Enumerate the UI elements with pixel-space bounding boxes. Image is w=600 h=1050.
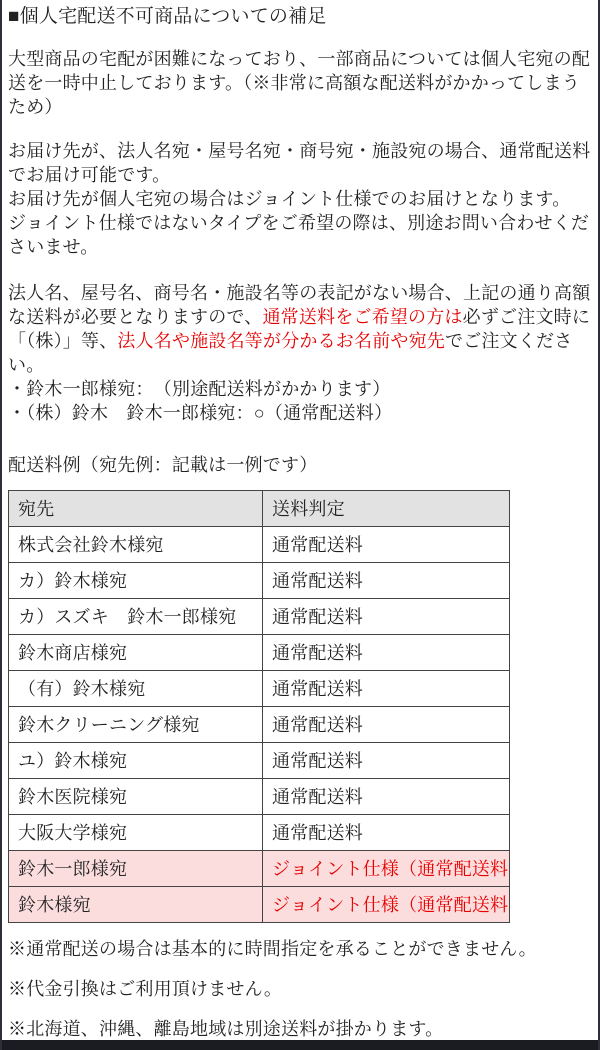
note-time-designation: ※通常配送の場合は基本的に時間指定を承ることができません。 (8, 937, 592, 961)
address-example-ok: ・（株）鈴木 鈴木一郎様宛：○（通常配送料） (8, 401, 592, 425)
recipient-cell: カ）スズキ 鈴木一郎様宛 (9, 599, 263, 635)
fee-cell: ジョイント仕様（通常配送料） (263, 887, 510, 923)
order-text-highlight-normal-fee: 通常送料をご希望の方は (262, 307, 462, 327)
table-caption: 配送料例（宛先例：記載は一例です） (8, 453, 592, 477)
delivery-rules-paragraph: お届け先が、法人名宛・屋号名宛・商号宛・施設宛の場合、通常配送料でお届け可能です… (8, 139, 592, 259)
fee-cell: 通常配送料 (263, 743, 510, 779)
note-remote-area-fee: ※北海道、沖縄、離島地域は別途送料が掛かります。 (8, 1017, 592, 1041)
recipient-column-header: 宛先 (9, 491, 263, 527)
table-row: カ）スズキ 鈴木一郎様宛 通常配送料 (9, 599, 510, 635)
table-row: （有）鈴木様宛 通常配送料 (9, 671, 510, 707)
table-row-joint: 鈴木一郎様宛 ジョイント仕様（通常配送料） (9, 851, 510, 887)
fee-cell: 通常配送料 (263, 707, 510, 743)
table-row: ユ）鈴木様宛 通常配送料 (9, 743, 510, 779)
table-row: 鈴木クリーニング様宛 通常配送料 (9, 707, 510, 743)
fee-cell: ジョイント仕様（通常配送料） (263, 851, 510, 887)
recipient-cell: ユ）鈴木様宛 (9, 743, 263, 779)
table-row: 鈴木医院様宛 通常配送料 (9, 779, 510, 815)
fee-cell: 通常配送料 (263, 563, 510, 599)
table-row-joint: 鈴木様宛 ジョイント仕様（通常配送料） (9, 887, 510, 923)
fee-cell: 通常配送料 (263, 815, 510, 851)
recipient-cell: 鈴木様宛 (9, 887, 263, 923)
delivery-line-corporate: お届け先が、法人名宛・屋号名宛・商号宛・施設宛の場合、通常配送料でお届け可能です… (8, 139, 592, 187)
delivery-line-personal: お届け先が個人宅宛の場合はジョイント仕様でのお届けとなります。 (8, 187, 592, 211)
order-instructions-paragraph: 法人名、屋号名、商号名・施設名等の表記がない場合、上記の通り高額な送料が必要とな… (8, 281, 592, 425)
shipping-notice-document: ■個人宅配送不可商品についての補足 大型商品の宅配が困難になっており、一部商品に… (0, 0, 600, 1050)
table-row: カ）鈴木様宛 通常配送料 (9, 563, 510, 599)
fee-column-header: 送料判定 (263, 491, 510, 527)
delivery-line-inquiry: ジョイント仕様ではないタイプをご希望の際は、別途お問い合わせくださいませ。 (8, 211, 592, 259)
shipping-fee-table: 宛先 送料判定 株式会社鈴木様宛 通常配送料 カ）鈴木様宛 通常配送料 カ）スズ… (8, 490, 510, 923)
recipient-cell: カ）鈴木様宛 (9, 563, 263, 599)
recipient-cell: 鈴木一郎様宛 (9, 851, 263, 887)
table-row: 大阪大学様宛 通常配送料 (9, 815, 510, 851)
fee-cell: 通常配送料 (263, 527, 510, 563)
table-row: 鈴木商店様宛 通常配送料 (9, 635, 510, 671)
fee-cell: 通常配送料 (263, 671, 510, 707)
order-text-highlight-corporate-name: 法人名や施設名等が分かるお名前や宛先 (117, 331, 445, 351)
recipient-cell: 鈴木クリーニング様宛 (9, 707, 263, 743)
recipient-cell: 鈴木商店様宛 (9, 635, 263, 671)
fee-cell: 通常配送料 (263, 779, 510, 815)
page-title: ■個人宅配送不可商品についての補足 (8, 4, 592, 29)
bottom-bar (0, 1040, 600, 1050)
intro-paragraph: 大型商品の宅配が困難になっており、一部商品については個人宅宛の配送を一時中止して… (8, 47, 592, 119)
recipient-cell: （有）鈴木様宛 (9, 671, 263, 707)
recipient-cell: 鈴木医院様宛 (9, 779, 263, 815)
fee-cell: 通常配送料 (263, 599, 510, 635)
address-example-ng: ・鈴木一郎様宛： （別途配送料がかかります） (8, 377, 592, 401)
note-cash-on-delivery: ※代金引換はご利用頂けません。 (8, 977, 592, 1001)
recipient-cell: 大阪大学様宛 (9, 815, 263, 851)
table-header-row: 宛先 送料判定 (9, 491, 510, 527)
table-row: 株式会社鈴木様宛 通常配送料 (9, 527, 510, 563)
recipient-cell: 株式会社鈴木様宛 (9, 527, 263, 563)
fee-cell: 通常配送料 (263, 635, 510, 671)
